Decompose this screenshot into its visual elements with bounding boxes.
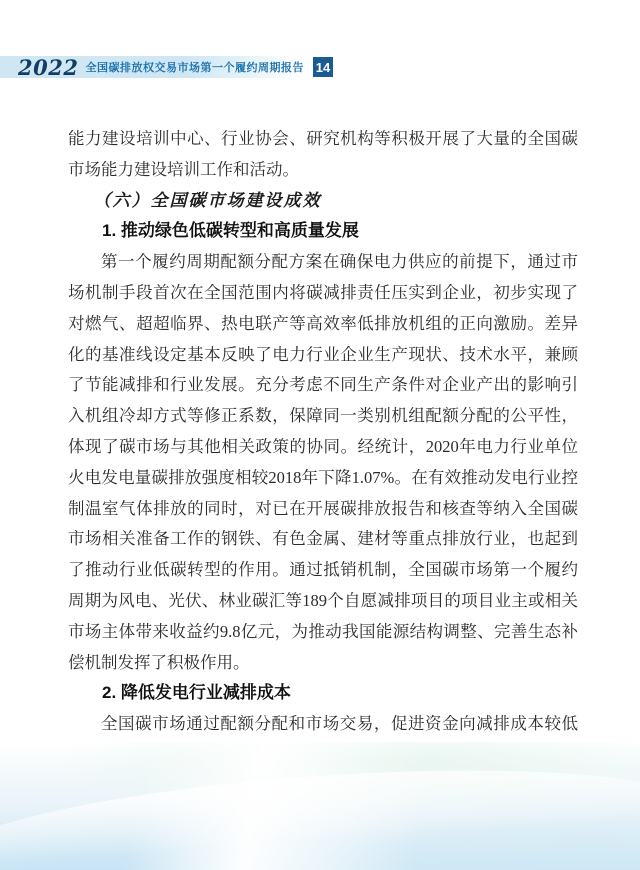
footer-wave-decoration xyxy=(0,742,640,870)
section-heading-6: （六）全国碳市场建设成效 xyxy=(68,186,578,217)
report-year-label: 2022 xyxy=(18,57,78,78)
intro-paragraph: 能力建设培训中心、行业协会、研究机构等积极开展了大量的全国碳市场能力建设培训工作… xyxy=(68,124,578,186)
report-title: 全国碳排放权交易市场第一个履约周期报告 xyxy=(85,59,304,75)
header-band: 2022 全国碳排放权交易市场第一个履约周期报告 14 xyxy=(0,56,300,78)
page-number-badge: 14 xyxy=(313,57,333,77)
report-page: 2022 全国碳排放权交易市场第一个履约周期报告 14 能力建设培训中心、行业协… xyxy=(0,0,640,870)
subsection-1-paragraph: 第一个履约周期配额分配方案在确保电力供应的前提下，通过市场机制手段首次在全国范围… xyxy=(68,247,578,678)
subsection-1-heading: 1. 推动绿色低碳转型和高质量发展 xyxy=(68,216,578,247)
subsection-2-heading: 2. 降低发电行业减排成本 xyxy=(68,678,578,709)
